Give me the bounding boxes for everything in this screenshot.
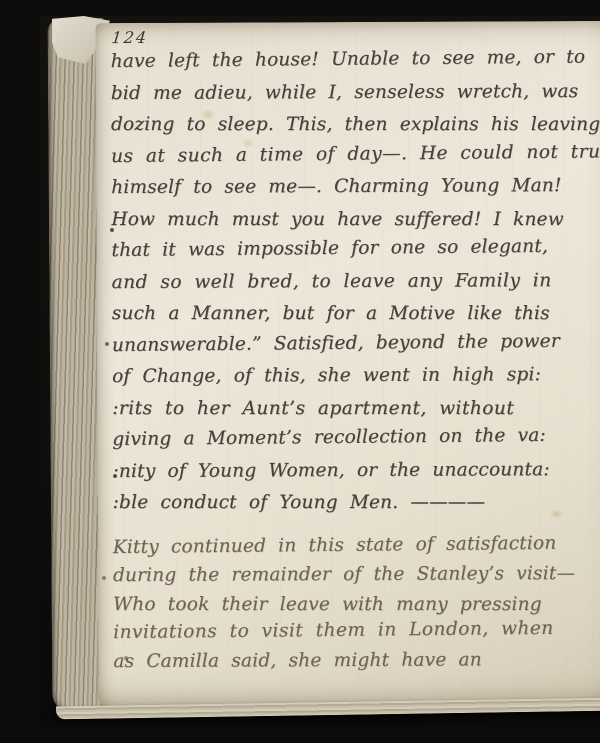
manuscript-line: us at such a time of day—. He could not … (111, 136, 600, 172)
paragraph-one: have left the house! Unable to see me, o… (111, 44, 600, 519)
manuscript-line: unanswerable.” Satisfied, beyond the pow… (112, 325, 600, 361)
manuscript-line: :nity of Young Women, or the unaccounta: (112, 453, 600, 487)
manuscript-line: as Camilla said, she might have an (113, 645, 600, 676)
manuscript-line: have left the house! Unable to see me, o… (111, 44, 600, 78)
manuscript-line: himself to see me—. Charming Young Man! (111, 170, 600, 204)
manuscript-line: that it was impossible for one so elegan… (111, 230, 600, 266)
manuscript-photo: 124 have left the house! Unable to see m… (40, 16, 600, 727)
manuscript-line: during the remainder of the Stanley’s vi… (113, 560, 600, 591)
manuscript-line: bid me adieu, while I, senseless wretch,… (111, 75, 600, 109)
manuscript-page: 124 have left the house! Unable to see m… (96, 21, 600, 707)
manuscript-line: giving a Moment’s recollection on the va… (112, 419, 600, 455)
manuscript-line: invitations to visit them in London, whe… (113, 614, 600, 647)
manuscript-line: of Change, of this, she went in high spi… (112, 359, 600, 393)
page-number: 124 (111, 28, 149, 47)
ink-specks (40, 16, 44, 20)
manuscript-line: and so well bred, to leave any Family in (112, 264, 600, 298)
paragraph-two: Kitty continued in this state of satisfa… (113, 531, 600, 676)
manuscript-line: :ble conduct of Young Men. ———— (113, 487, 600, 519)
handwritten-text: have left the house! Unable to see me, o… (111, 44, 600, 676)
manuscript-line: dozing to sleep. This, then explains his… (111, 109, 600, 141)
manuscript-line: such a Manner, but for a Motive like thi… (112, 298, 600, 330)
manuscript-line: Kitty continued in this state of satisfa… (113, 529, 600, 562)
